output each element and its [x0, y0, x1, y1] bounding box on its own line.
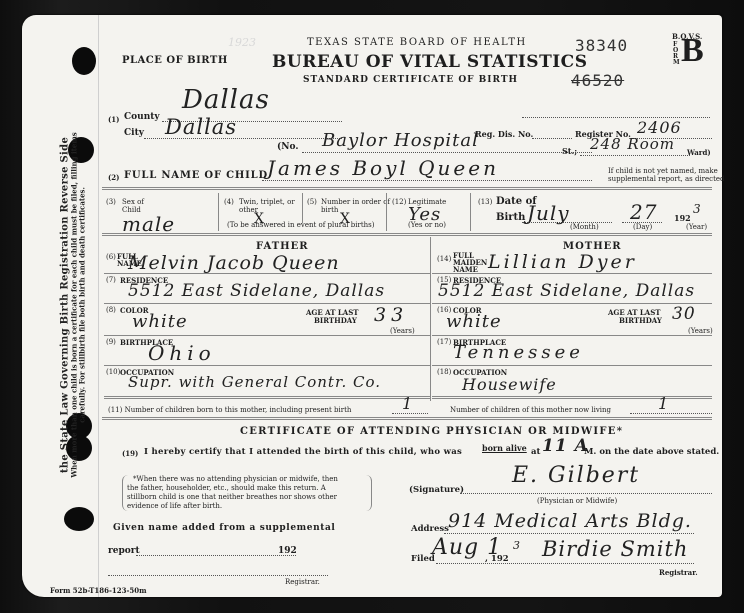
- supplemental-report-line: [136, 555, 296, 556]
- street-label: St.;: [562, 146, 577, 156]
- child-name-line: [262, 180, 592, 181]
- father-name-value[interactable]: Melvin Jacob Queen: [128, 252, 340, 274]
- county-label: County: [124, 112, 160, 122]
- place-of-birth-label: PLACE OF BIRTH: [122, 55, 228, 66]
- board-title: TEXAS STATE BOARD OF HEALTH: [307, 37, 527, 48]
- col-divider: [218, 193, 219, 231]
- address-line: [444, 533, 694, 534]
- dob-year-prefix: 192: [674, 213, 691, 223]
- dob-month-value[interactable]: July: [527, 201, 570, 225]
- mother-age-sub: (Years): [688, 327, 713, 335]
- no-physician-note: *When there was no attending physician o…: [122, 475, 372, 511]
- mother-age-label-2: BIRTHDAY: [619, 316, 662, 325]
- children-living-value[interactable]: 1: [658, 394, 669, 413]
- month-sub: (Month): [570, 223, 599, 231]
- punch-hole: [72, 47, 96, 75]
- reg-dis-label: Reg. Dis. No.: [475, 129, 533, 139]
- form-letter: B: [681, 32, 704, 70]
- at-label: at: [531, 447, 540, 457]
- punch-hole: [64, 507, 94, 531]
- child-name-label: FULL NAME OF CHILD: [124, 170, 268, 181]
- dob-label-2: Birth: [496, 212, 525, 223]
- row-line: [432, 335, 712, 336]
- day-sub: (Day): [633, 223, 652, 231]
- filed-line: [436, 563, 694, 564]
- note-line-3: stillborn child is one that neither brea…: [127, 493, 367, 502]
- father-age-label-2: BIRTHDAY: [314, 316, 357, 325]
- instruction-line-3: carefully. For stillbirth file both birt…: [79, 132, 87, 477]
- vertical-instructions: the State Law Governing Birth Registrati…: [61, 105, 85, 505]
- filed-year-suffix[interactable]: 3: [513, 539, 521, 552]
- stamp-number-bottom: 46520: [571, 71, 624, 90]
- divider: [102, 233, 712, 236]
- col-divider: [302, 193, 303, 223]
- mother-name-no: (14): [437, 255, 451, 263]
- certify-text: I hereby certify that I attended the bir…: [144, 447, 462, 457]
- father-residence-value[interactable]: 5512 East Sidelane, Dallas: [128, 281, 385, 301]
- mother-color-value[interactable]: white: [446, 311, 502, 332]
- row-line: [432, 365, 712, 366]
- legitimate-label-no: (12): [392, 198, 406, 206]
- row-line: [104, 365, 430, 366]
- col-divider: [470, 193, 471, 231]
- plural-births-note: (To be answered in event of plural birth…: [227, 221, 374, 229]
- signature-sub: (Physician or Midwife): [537, 497, 617, 505]
- row-line: [432, 303, 712, 304]
- father-occupation-no: (10): [106, 368, 120, 376]
- twin-label-no: (4): [224, 198, 234, 206]
- father-residence-no: (7): [106, 276, 116, 284]
- row-line: [104, 335, 430, 336]
- note-line-1: *When there was no attending physician o…: [127, 475, 367, 484]
- pencil-year-mark: 1923: [228, 36, 256, 49]
- hospital-value[interactable]: Baylor Hospital: [322, 130, 479, 151]
- father-color-no: (8): [106, 306, 116, 314]
- father-occupation-value[interactable]: Supr. with General Contr. Co.: [128, 373, 381, 391]
- city-value[interactable]: Dallas: [165, 115, 237, 139]
- note-line-4: evidence of life after birth.: [127, 502, 367, 511]
- father-age-sub: (Years): [390, 327, 415, 335]
- physician-address[interactable]: 914 Medical Arts Bldg.: [448, 510, 692, 532]
- mother-occupation-value[interactable]: Housewife: [462, 375, 557, 394]
- dob-day-value[interactable]: 27: [630, 200, 657, 224]
- birth-time-value[interactable]: 11 A: [542, 436, 589, 456]
- not-named-note-2: supplemental report, as directed: [608, 175, 725, 183]
- item-number-19: (19): [122, 449, 138, 458]
- item-number-1: (1): [108, 115, 120, 124]
- physician-signature[interactable]: E. Gilbert: [512, 463, 640, 488]
- not-named-note-1: If child is not yet named, make: [608, 167, 718, 175]
- divider: [102, 187, 712, 190]
- supplemental-registrar-label: Registrar.: [285, 578, 320, 586]
- dob-year-suffix[interactable]: 3: [693, 202, 702, 216]
- street-value[interactable]: 248 Room: [590, 135, 675, 153]
- supplemental-year-prefix: 192: [278, 546, 297, 556]
- hospital-line: [302, 152, 592, 153]
- parent-column-divider: [430, 237, 431, 401]
- row-line: [432, 273, 712, 274]
- year-sub: (Year): [686, 223, 707, 231]
- legitimate-sub: (Yes or no): [408, 221, 446, 229]
- father-birthplace-no: (9): [106, 338, 116, 346]
- divider: [102, 417, 712, 420]
- supplemental-report-label: report: [108, 546, 140, 556]
- born-status: born alive: [482, 443, 527, 453]
- reg-dis-line: [532, 138, 572, 139]
- city-label: City: [124, 128, 144, 138]
- order-label-no: (5): [307, 198, 317, 206]
- mother-occupation-no: (18): [437, 368, 451, 376]
- father-age-value[interactable]: 33: [374, 304, 408, 326]
- dob-label-no: (13): [478, 198, 492, 206]
- col-divider: [386, 193, 387, 231]
- time-suffix: M. on the date above stated.: [584, 447, 719, 457]
- birth-certificate: the State Law Governing Birth Registrati…: [22, 15, 722, 597]
- row-line: [104, 396, 430, 399]
- hospital-no-label: (No.: [277, 142, 298, 152]
- stamp-number-top: 38340: [575, 36, 628, 55]
- county-value[interactable]: Dallas: [182, 85, 270, 115]
- child-name-value[interactable]: James Boyl Queen: [267, 156, 499, 180]
- mother-residence-value[interactable]: 5512 East Sidelane, Dallas: [438, 281, 695, 301]
- item-number-2: (2): [108, 173, 120, 182]
- form-vertical-label: FORM: [673, 42, 679, 66]
- mother-name-value[interactable]: Lillian Dyer: [488, 251, 637, 273]
- mother-age-value[interactable]: 30: [672, 304, 696, 324]
- ward-label: Ward): [687, 148, 711, 157]
- children-born-value[interactable]: 1: [402, 394, 413, 413]
- registrar-label: Registrar.: [659, 568, 698, 577]
- mother-birthplace-no: (17): [437, 338, 451, 346]
- children-born-line: [392, 413, 428, 414]
- row-line: [432, 396, 712, 399]
- order-label: Number in order of birth: [321, 198, 401, 214]
- bureau-title: BUREAU OF VITAL STATISTICS: [272, 52, 587, 72]
- father-color-value[interactable]: white: [132, 311, 188, 332]
- father-heading: FATHER: [256, 241, 309, 252]
- note-line-2: the father, householder, etc., should ma…: [127, 484, 367, 493]
- children-born-label: (11) Number of children born to this mot…: [108, 406, 351, 414]
- form-code: Form 52b-T186-123-50m: [50, 586, 147, 595]
- street-line: [580, 155, 690, 156]
- supplemental-line-1: Given name added from a supplemental: [113, 523, 335, 533]
- mother-birthplace-value[interactable]: Tennessee: [453, 342, 584, 363]
- father-name-no: (6): [106, 253, 116, 261]
- twin-label: Twin, triplet, or other: [239, 198, 299, 214]
- signature-line: [460, 493, 712, 494]
- children-living-label: Number of children of this mother now li…: [450, 406, 611, 414]
- row-line: [104, 273, 430, 274]
- father-birthplace-value[interactable]: Ohio: [148, 341, 216, 365]
- certificate-subtitle: STANDARD CERTIFICATE OF BIRTH: [303, 75, 518, 85]
- registrar-signature[interactable]: Birdie Smith: [542, 537, 688, 561]
- sex-label-no: (3): [106, 198, 116, 206]
- signature-label: (Signature): [409, 485, 464, 495]
- children-living-line: [630, 413, 712, 414]
- supplemental-registrar-line: [108, 575, 328, 576]
